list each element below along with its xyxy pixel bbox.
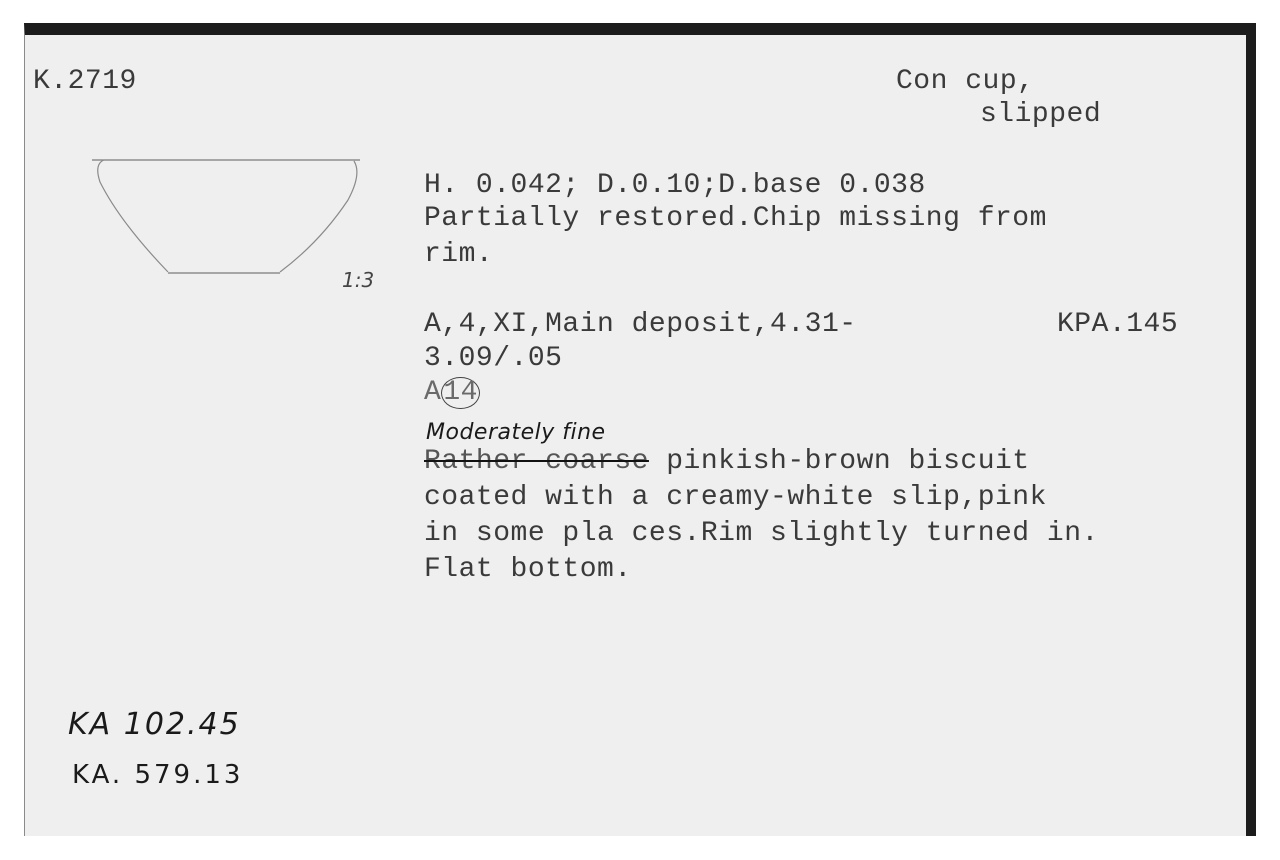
condition-line2: rim. (424, 237, 493, 273)
drawing-scale: 1:3 (342, 268, 374, 292)
dimensions: H. 0.042; D.0.10;D.base 0.038 (424, 168, 926, 204)
findspot-line2: 3.09/.05 (424, 341, 562, 377)
description-line4: Flat bottom. (424, 552, 632, 588)
kpa-number: KPA.145 (1057, 307, 1178, 343)
inventory-number-2: KA. 579.13 (72, 760, 243, 790)
scanned-catalog-card: K.2719 Con cup, slipped 1:3 H. 0.042; D.… (0, 0, 1280, 860)
findspot-ref-prefix: A (424, 377, 441, 408)
description-line2: coated with a creamy-white slip,pink (424, 480, 1047, 516)
handwritten-correction: Moderately fine (426, 420, 606, 445)
description-line1: Rather coarse pinkish-brown biscuit (424, 444, 1030, 480)
findspot-ref-circled: 14 (441, 377, 480, 409)
condition-line1: Partially restored.Chip missing from (424, 201, 1047, 237)
catalog-number: K.2719 (33, 64, 137, 100)
object-type-line1: Con cup, (896, 64, 1034, 100)
description-line1-rest: pinkish-brown biscuit (649, 446, 1030, 477)
findspot-reference: A14 (424, 375, 480, 411)
findspot-line1: A,4,XI,Main deposit,4.31- (424, 307, 857, 343)
object-type-line2: slipped (980, 97, 1101, 133)
struck-text: Rather coarse (424, 446, 649, 477)
description-line3: in some pla ces.Rim slightly turned in. (424, 516, 1099, 552)
inventory-number-1: KA 102.45 (68, 707, 241, 742)
cup-profile-drawing (90, 152, 370, 282)
